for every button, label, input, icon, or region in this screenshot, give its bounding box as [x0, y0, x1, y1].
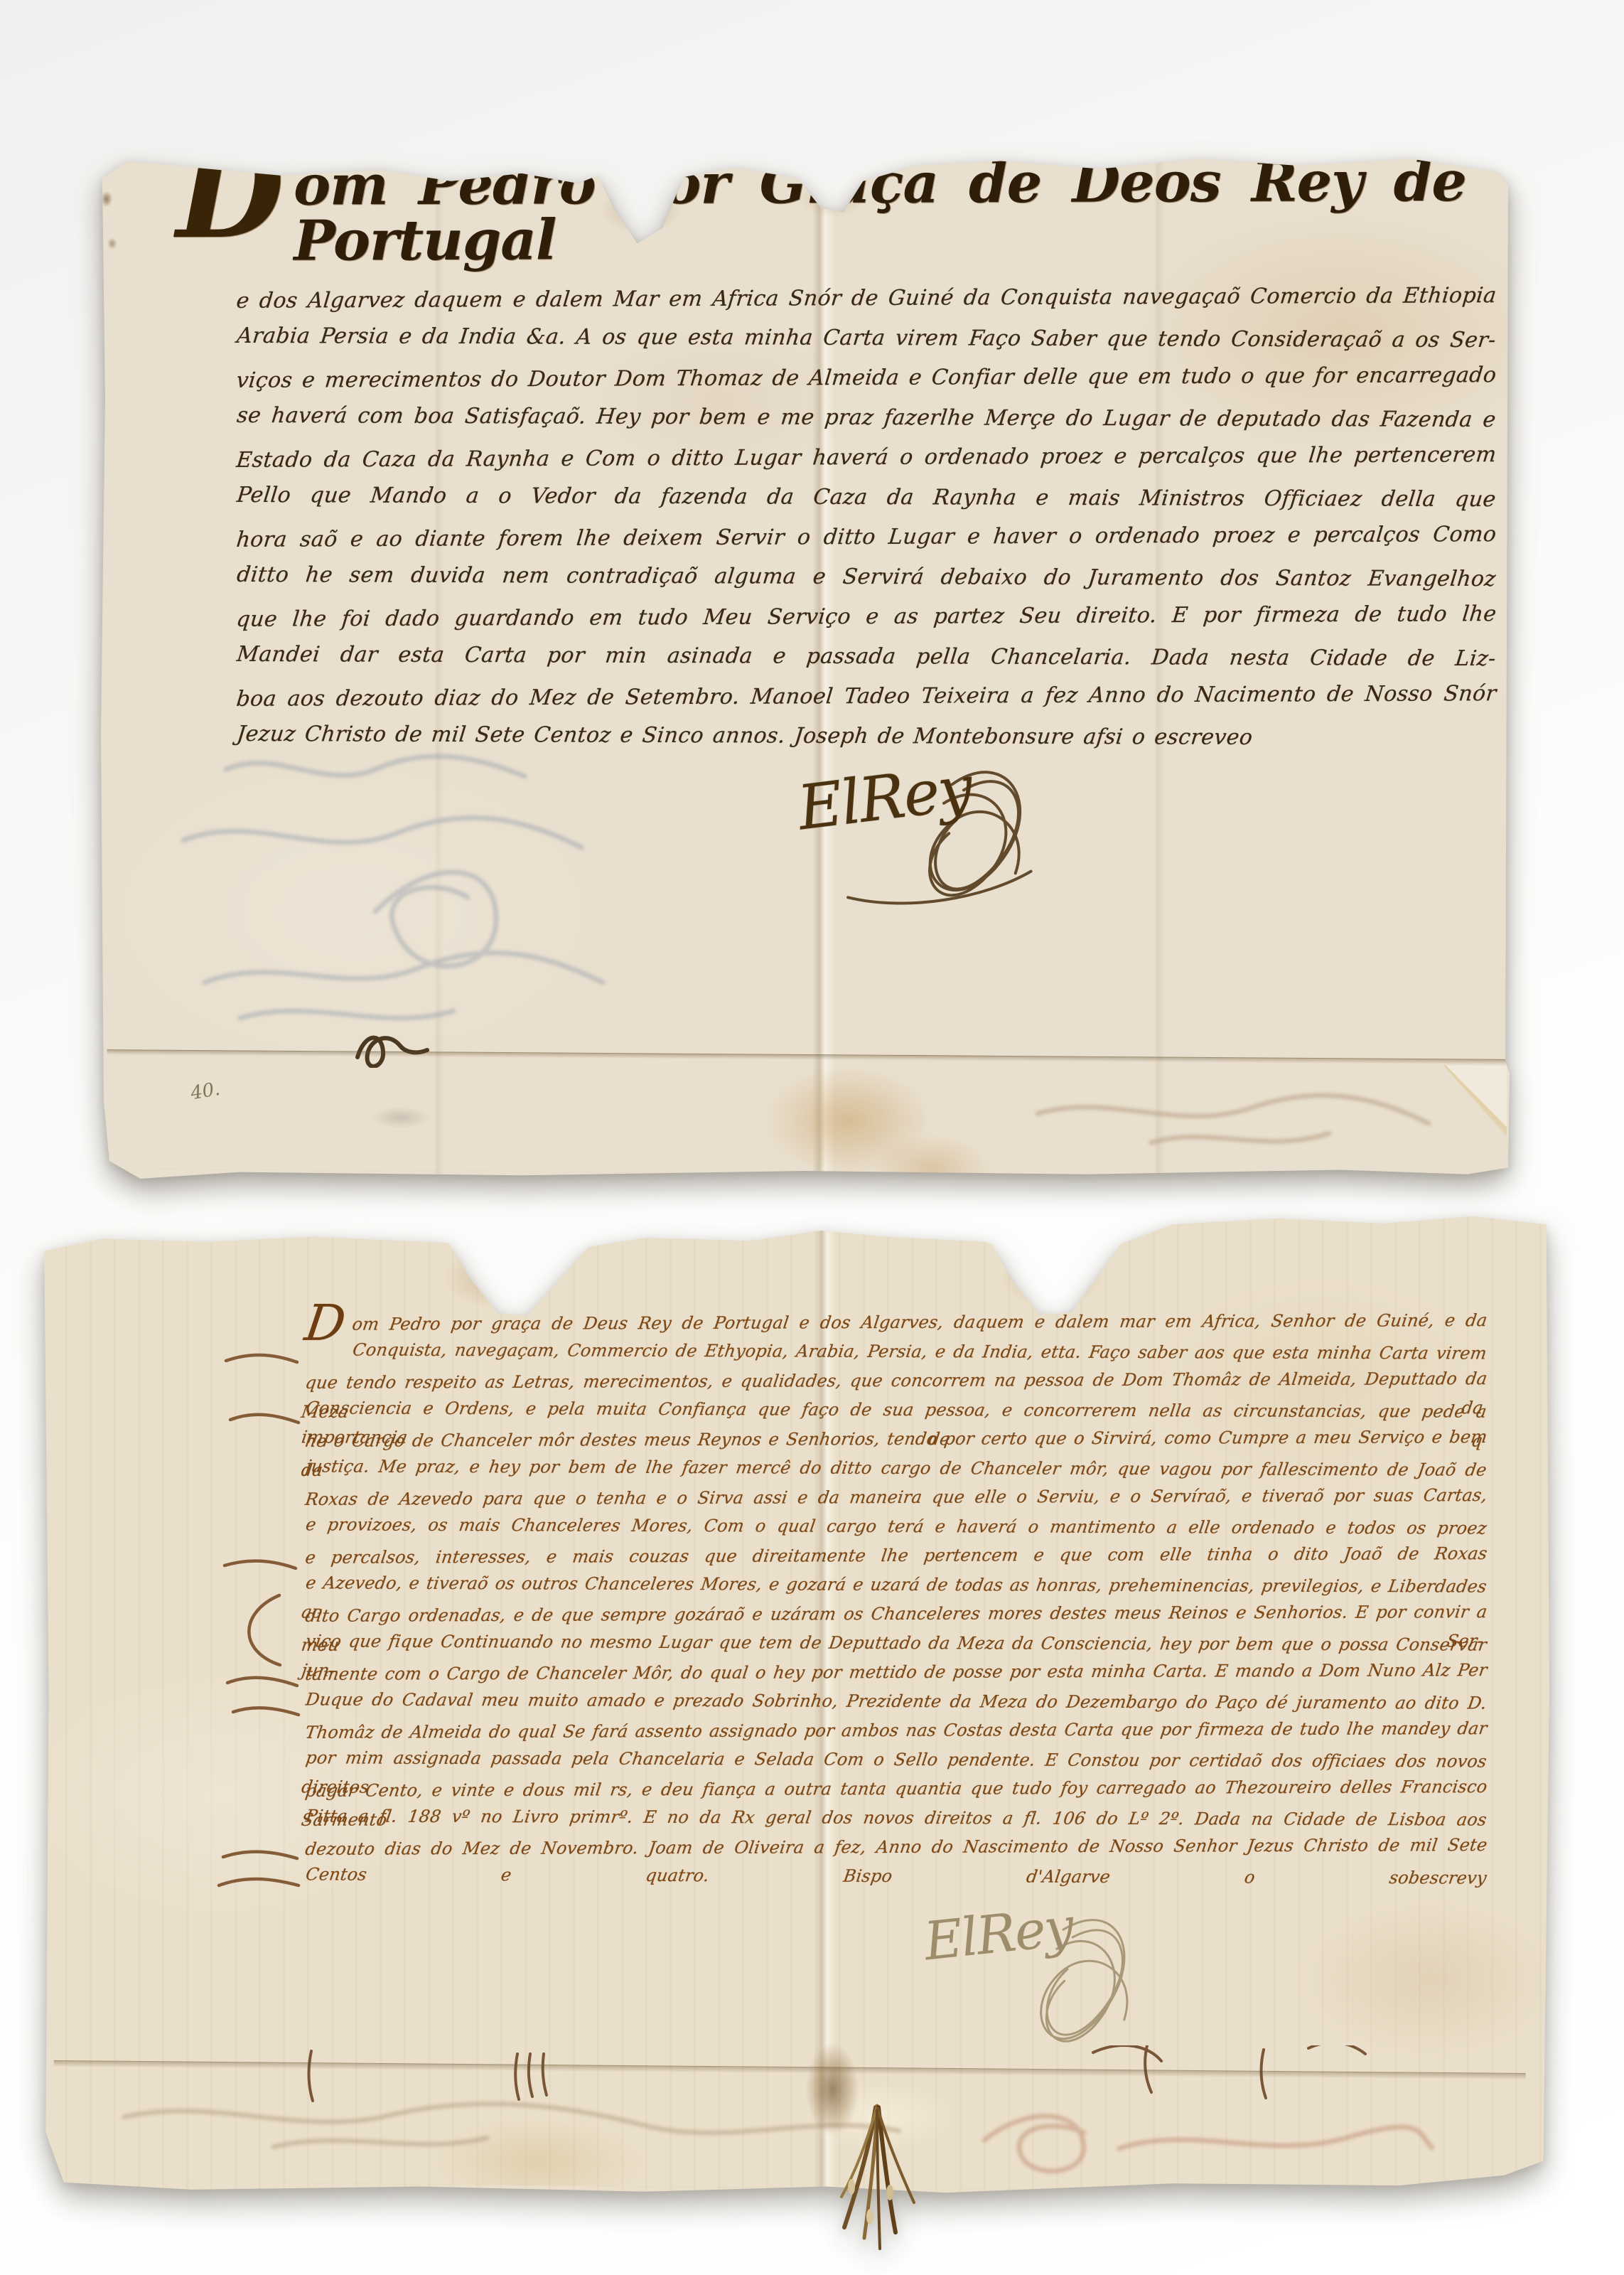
photograph-two-parchment-charters: { "colors":{ "background":"#f7f6f4", "pa…: [0, 0, 1624, 2275]
royal-signature: ElRey: [787, 722, 1079, 945]
manuscript-line: viços e merecimentos do Doutor Dom Thoma…: [235, 355, 1498, 401]
manuscript-line: hora saõ e ao diante forem lhe deixem Se…: [235, 515, 1498, 560]
manuscript-line: dezouto dias do Mez de Novembro. Joam de…: [303, 1831, 1489, 1864]
manuscript-body-upper: e dos Algarvez daquem e dalem Mar em Afr…: [237, 279, 1496, 756]
manuscript-line: que tendo respeito as Letras, mereciment…: [303, 1364, 1489, 1398]
manuscript-body-lower: Dom Pedro por graça de Deus Rey de Portu…: [306, 1308, 1487, 1891]
manuscript-line: Estado da Caza da Raynha e Com o ditto L…: [235, 435, 1498, 481]
manuscript-line: viço que fique Continuando no mesmo Luga…: [303, 1627, 1488, 1659]
manuscript-line: e Azevedo, e tiveraõ os outros Chanceler…: [303, 1568, 1488, 1601]
corner-fold: [1443, 1065, 1507, 1137]
manuscript-line: dito Cargo ordenadas, e de que sempre go…: [303, 1597, 1489, 1631]
manuscript-line: he o Cargo de Chanceler môr destes meus …: [303, 1423, 1489, 1456]
parchment-lower: Dom Pedro por graça de Deus Rey de Portu…: [41, 1182, 1549, 2204]
manuscript-line: Pitta a fl. 188 vº no Livro primrº. E no…: [303, 1802, 1488, 1834]
ghost-writing: [141, 741, 738, 1046]
manuscript-line: ditto he sem duvida nem contradiçaõ algu…: [235, 555, 1497, 599]
manuscript-line: por mim assignada passada pela Chancelar…: [303, 1743, 1488, 1776]
manuscript-line: justiça. Me praz, e hey por bem de lhe f…: [303, 1452, 1488, 1484]
manuscript-line: Roxas de Azevedo para que o tenha e o Si…: [303, 1481, 1489, 1514]
manuscript-line: e provizoes, os mais Chanceleres Mores, …: [303, 1510, 1488, 1543]
manuscript-line: Duque do Cadaval meu muito amado e preza…: [303, 1685, 1488, 1718]
manuscript-line: boa aos dezouto diaz do Mez de Setembro.…: [235, 674, 1498, 719]
manuscript-line: Arabia Persia e da India &a. A os que es…: [235, 316, 1497, 360]
manuscript-line: pagar Cento, e vinte e dous mil rs, e de…: [303, 1772, 1489, 1806]
manuscript-line: Consciencia e Ordens, e pela muita Confi…: [303, 1393, 1488, 1426]
manuscript-line: Thomâz de Almeida do qual Se fará assent…: [303, 1714, 1489, 1747]
manuscript-line: se haverá com boa Satisfaçaõ. Hey por be…: [235, 396, 1497, 440]
charter-title-line: Dom Pedro por Graça de Deos Rey de Portu…: [176, 154, 1467, 269]
ghost-writing: [962, 2090, 1446, 2180]
marginal-flourishes: [212, 1317, 311, 1942]
archival-number: 40.: [189, 1078, 222, 1103]
manuscript-line: Mandei dar esta Carta por min asinada e …: [235, 635, 1497, 679]
charter-sheet-upper: Dom Pedro por Graça de Deos Rey de Portu…: [98, 65, 1510, 1179]
manuscript-line: que lhe foi dado guardando em tudo Meu S…: [235, 594, 1498, 640]
manuscript-line: e percalsos, interesses, e mais couzas q…: [303, 1539, 1489, 1573]
ghost-writing: [1023, 1064, 1450, 1173]
manuscript-line: Centos e quatro. Bispo d'Algarve o sobes…: [303, 1860, 1488, 1893]
parchment-upper: Dom Pedro por Graça de Deos Rey de Portu…: [98, 65, 1510, 1179]
plica-fold-lower: [53, 2060, 1525, 2194]
manuscript-line: Pello que Mando a o Vedor da fazenda da …: [235, 476, 1497, 520]
manuscript-line: Conquista, navegaçam, Commercio de Ethyo…: [303, 1335, 1488, 1368]
manuscript-line: e dos Algarvez daquem e dalem Mar em Afr…: [235, 276, 1498, 321]
seal-cords-tassel: [820, 2103, 927, 2266]
manuscript-line: Dom Pedro por graça de Deus Rey de Portu…: [303, 1306, 1489, 1339]
charter-sheet-lower: Dom Pedro por graça de Deus Rey de Portu…: [41, 1182, 1549, 2204]
plica-fold-upper: 40.: [106, 1049, 1505, 1178]
manuscript-line: tamente com o Cargo de Chanceler Môr, do…: [303, 1656, 1489, 1689]
